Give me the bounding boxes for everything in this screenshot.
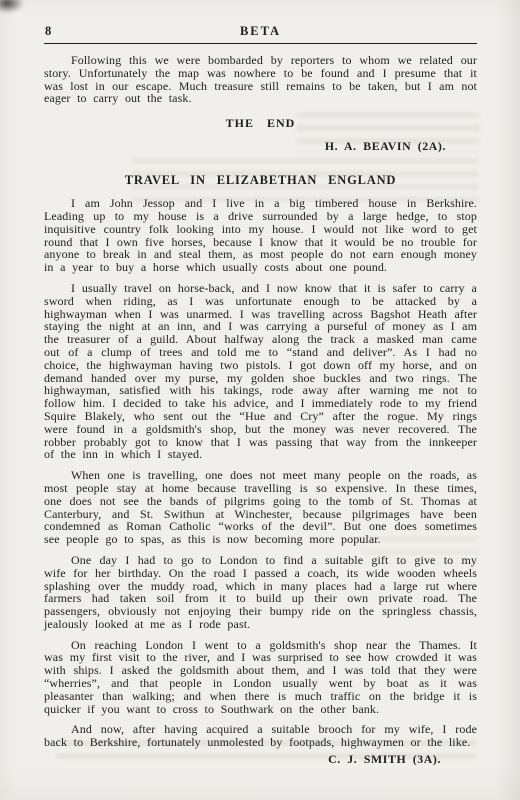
article-paragraph: And now, after having acquired a suitabl…	[44, 723, 477, 749]
article-paragraph: I usually travel on horse-back, and I no…	[44, 282, 477, 461]
author-byline-beavin: H. A. BEAVIN (2A).	[44, 139, 477, 154]
text-column: 8 BETA Following this we were bombarded …	[44, 24, 477, 767]
page-header: 8 BETA	[44, 24, 477, 44]
article-title: TRAVEL IN ELIZABETHAN ENGLAND	[44, 173, 477, 188]
running-title: BETA	[44, 24, 477, 39]
article-paragraph: One day I had to go to London to find a …	[44, 554, 477, 631]
author-byline-smith: C. J. SMITH (3A).	[44, 752, 477, 767]
article-body: I am John Jessop and I live in a big tim…	[44, 197, 477, 749]
previous-article-closing-paragraph: Following this we were bombarded by repo…	[44, 54, 477, 105]
story-end-marker: THE END	[44, 116, 477, 131]
scanned-page: 8 BETA Following this we were bombarded …	[0, 0, 520, 800]
article-paragraph: When one is travelling, one does not mee…	[44, 469, 477, 546]
scan-smudge-artifact	[0, 0, 24, 13]
article-paragraph: I am John Jessop and I live in a big tim…	[44, 197, 477, 274]
article-paragraph: On reaching London I went to a goldsmith…	[44, 639, 477, 716]
